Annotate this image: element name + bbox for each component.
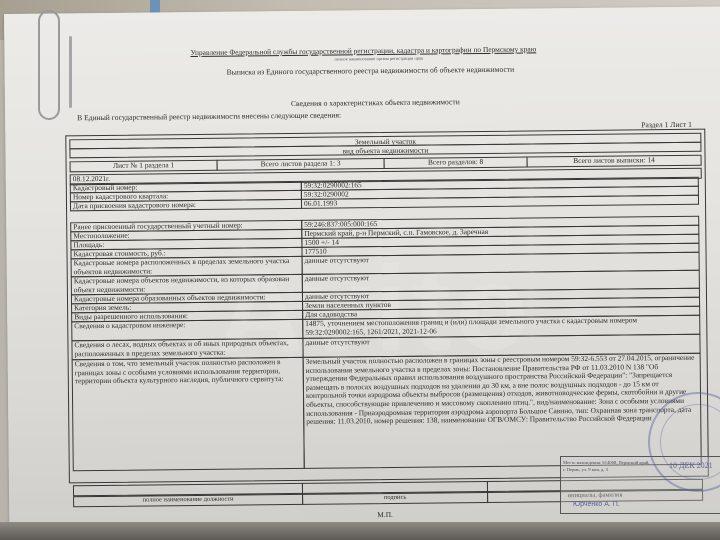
signature-caption: подпись: [302, 492, 488, 505]
table-row: Сведения о том, что земельный участок по…: [72, 354, 705, 472]
stamp-address-line2: г. Пермь, ул. 9 мая, д. 3: [563, 467, 608, 472]
sheet-number: Лист № 1 раздела 1: [70, 160, 218, 172]
stamp-signer: Юрченко А. П.: [573, 501, 620, 508]
extract-sheets-total: Всего листов выписки: 14: [527, 155, 702, 167]
paperclip-icon: [38, 10, 60, 120]
field-label: Сведения о том, что земельный участок по…: [72, 357, 305, 471]
position-caption: полное наименование должности: [73, 494, 303, 507]
section-title: Сведения о характеристиках объекта недви…: [291, 97, 460, 108]
seal-mark: М.П.: [377, 510, 393, 519]
section-sheets-total: Всего листов раздела 1: 3: [217, 158, 385, 170]
section-intro: В Единый государственный реестр недвижим…: [77, 110, 341, 122]
sections-total: Всего разделов: 8: [384, 157, 528, 169]
field-value: Земельный участок полностью расположен в…: [303, 353, 702, 469]
paperclip-inner-icon: [69, 36, 72, 108]
document-page: Avito Управление Федеральной службы госу…: [4, 6, 720, 534]
organization-caption: полное наименование органа регистрации п…: [334, 56, 423, 62]
organization-name: Управление Федеральной службы государств…: [190, 44, 536, 57]
stamp-address-line1: Место нахождения: 614068, Пермский край,: [563, 460, 650, 465]
table-surface: [0, 522, 720, 540]
document-title: Выписка из Единого государственного реес…: [227, 65, 515, 77]
